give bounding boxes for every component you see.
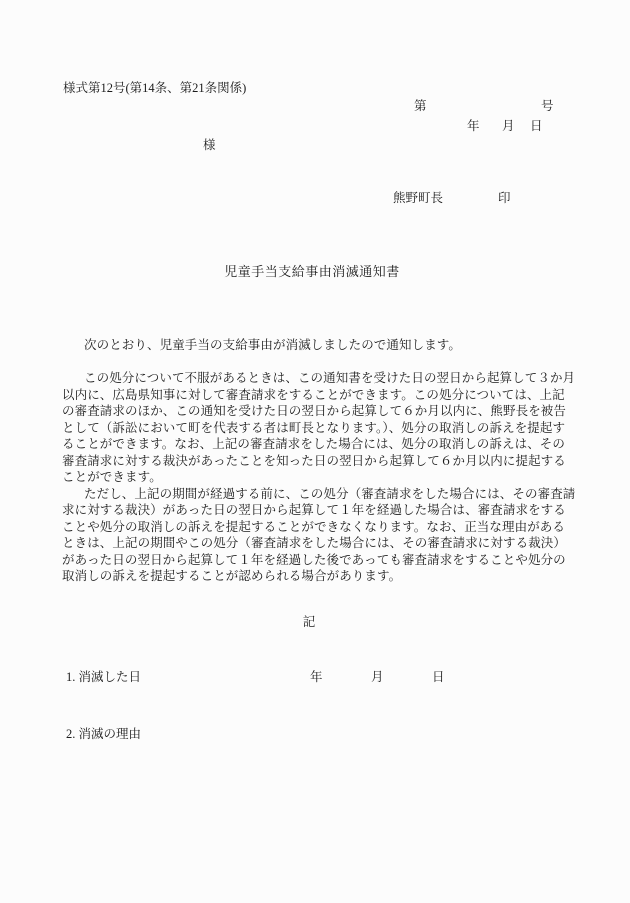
doc-number-prefix-label: 第 <box>414 99 427 115</box>
issue-date-year-label: 年 <box>467 119 480 135</box>
item-2-label: 2. 消滅の理由 <box>66 727 141 741</box>
appeal-paragraph-1: この処分について不服があるときは、この通知書を受けた日の翌日から起算して３か月 … <box>62 370 610 486</box>
doc-number-suffix-label: 号 <box>541 99 554 115</box>
extinction-month-label: 月 <box>371 670 384 686</box>
notification-document-page: 様式第12号(第14条、第21条関係) 第 号 年 月 日 様 熊野町長 印 児… <box>0 0 630 903</box>
addressee-name-blank-field <box>63 138 199 153</box>
extinction-reason-row: 2. 消滅の理由 <box>66 727 141 743</box>
document-body: 次のとおり、児童手当の支給事由が消滅しましたので通知します。 この処分について不… <box>62 337 610 585</box>
appeal-paragraph-2: ただし、上記の期間が経過する前に、この処分（審査請求をした場合には、その審査請 … <box>62 486 610 585</box>
item-1-label: 1. 消滅した日 <box>66 670 141 684</box>
document-title: 児童手当支給事由消滅通知書 <box>0 264 624 280</box>
issue-date-day-label: 日 <box>530 119 543 135</box>
extinction-year-label: 年 <box>310 670 323 686</box>
form-number-label: 様式第12号(第14条、第21条関係) <box>63 81 246 97</box>
extinction-date-row: 1. 消滅した日 年 月 日 <box>66 670 586 686</box>
issue-date-month-label: 月 <box>502 119 515 135</box>
issuer-title-label: 熊野町長 <box>393 191 443 207</box>
doc-number-blank-field <box>432 99 537 114</box>
section-marker-ki: 記 <box>0 615 618 631</box>
addressee-honorific-label: 様 <box>203 138 216 154</box>
intro-paragraph: 次のとおり、児童手当の支給事由が消滅しましたので通知します。 <box>62 337 610 354</box>
extinction-day-label: 日 <box>432 670 445 686</box>
seal-mark: 印 <box>498 191 511 207</box>
